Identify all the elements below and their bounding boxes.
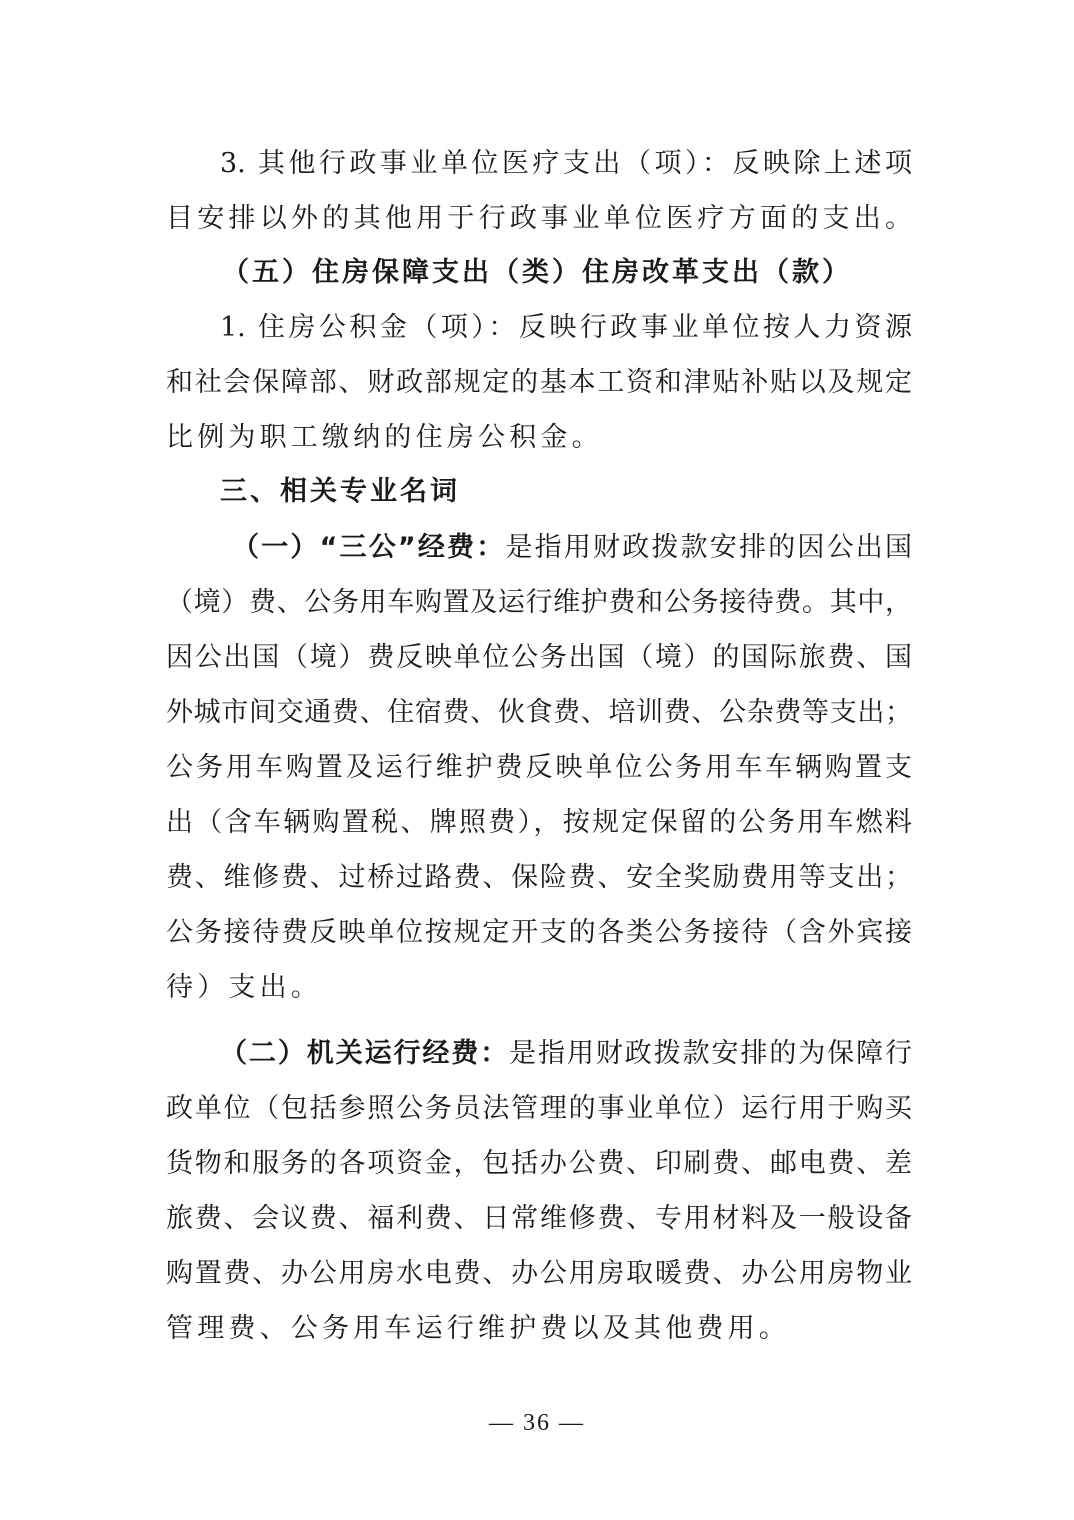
- paragraph-line: 因公出国（境）费反映单位公务出国（境）的国际旅费、国: [166, 638, 912, 678]
- paragraph-line: 外城市间交通费、住宿费、伙食费、培训费、公杂费等支出；: [166, 693, 912, 733]
- term-label: （一）“三公”经费：: [232, 532, 505, 563]
- term-definition-line: （一）“三公”经费：是指用财政拨款安排的因公出国: [232, 528, 912, 568]
- paragraph-line: 公务接待费反映单位按规定开支的各类公务接待（含外宾接: [166, 913, 912, 953]
- paragraph-line: 管理费、公务用车运行维护费以及其他费用。: [166, 1309, 912, 1349]
- chapter-heading: 三、相关专业名词: [220, 472, 966, 512]
- term-definition-line: （二）机关运行经费：是指用财政拨款安排的为保障行: [220, 1034, 912, 1074]
- paragraph-line: 3. 其他行政事业单位医疗支出（项）：反映除上述项: [220, 144, 912, 184]
- page-number: — 36 —: [0, 1410, 1074, 1437]
- paragraph-line: 目安排以外的其他用于行政事业单位医疗方面的支出。: [166, 199, 912, 239]
- paragraph-line: 政单位（包括参照公务员法管理的事业单位）运行用于购买: [166, 1089, 912, 1129]
- term-text: 是指用财政拨款安排的因公出国: [505, 532, 912, 563]
- term-label: （二）机关运行经费：: [220, 1038, 509, 1069]
- document-page: 3. 其他行政事业单位医疗支出（项）：反映除上述项 目安排以外的其他用于行政事业…: [0, 0, 1074, 1520]
- paragraph-line: 旅费、会议费、福利费、日常维修费、专用材料及一般设备: [166, 1199, 912, 1239]
- paragraph-line: 待）支出。: [166, 968, 912, 1008]
- paragraph-line: 费、维修费、过桥过路费、保险费、安全奖励费用等支出；: [166, 858, 912, 898]
- paragraph-line: （境）费、公务用车购置及运行维护费和公务接待费。其中，: [166, 583, 912, 623]
- paragraph-line: 和社会保障部、财政部规定的基本工资和津贴补贴以及规定: [166, 363, 912, 403]
- paragraph-line: 1. 住房公积金（项）：反映行政事业单位按人力资源: [220, 308, 912, 348]
- paragraph-line: 出（含车辆购置税、牌照费），按规定保留的公务用车燃料: [166, 803, 912, 843]
- section-heading: （五）住房保障支出（类）住房改革支出（款）: [222, 253, 968, 293]
- paragraph-line: 公务用车购置及运行维护费反映单位公务用车车辆购置支: [166, 748, 912, 788]
- paragraph-line: 比例为职工缴纳的住房公积金。: [166, 418, 912, 458]
- paragraph-line: 货物和服务的各项资金，包括办公费、印刷费、邮电费、差: [166, 1144, 912, 1184]
- paragraph-line: 购置费、办公用房水电费、办公用房取暖费、办公用房物业: [166, 1254, 912, 1294]
- term-text: 是指用财政拨款安排的为保障行: [509, 1038, 912, 1069]
